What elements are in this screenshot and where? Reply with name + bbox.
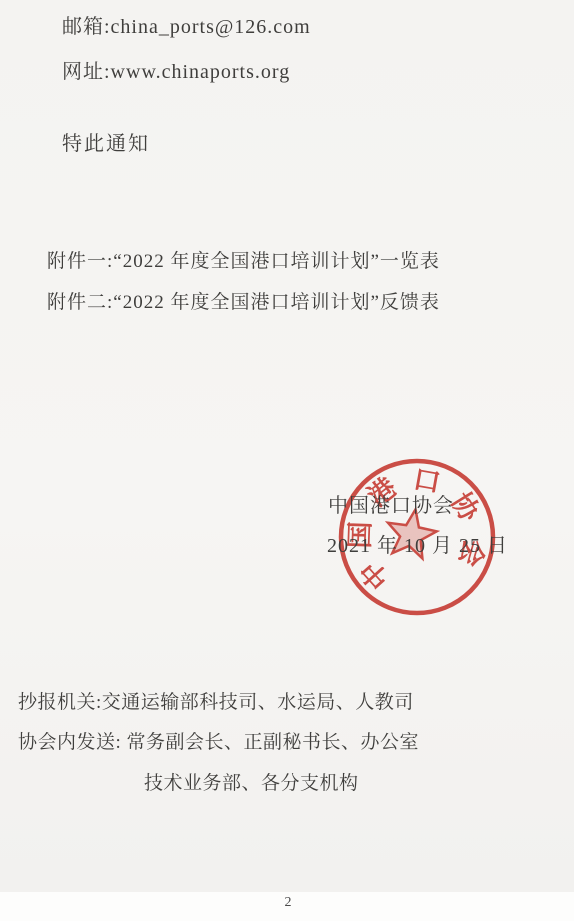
- document-page: 邮箱:china_ports@126.com 网址:www.chinaports…: [0, 0, 574, 921]
- page-number: 2: [268, 895, 308, 911]
- website-line: 网址:www.chinaports.org: [62, 55, 290, 84]
- notice-text: 特此通知: [62, 127, 150, 156]
- signature-date: 2021 年 10 月 25 日: [327, 529, 508, 558]
- internal-distribution-line-2: 技术业务部、各分支机构: [144, 768, 359, 795]
- signature-organization: 中国港口协会: [328, 489, 454, 518]
- email-line: 邮箱:china_ports@126.com: [62, 10, 311, 39]
- cc-agencies-line: 抄报机关:交通运输部科技司、水运局、人教司: [18, 687, 414, 714]
- attachment-line-2: 附件二:“2022 年度全国港口培训计划”反馈表: [47, 287, 440, 314]
- internal-distribution-line: 协会内发送: 常务副会长、正副秘书长、办公室: [18, 727, 419, 754]
- attachment-line-1: 附件一:“2022 年度全国港口培训计划”一览表: [47, 246, 440, 273]
